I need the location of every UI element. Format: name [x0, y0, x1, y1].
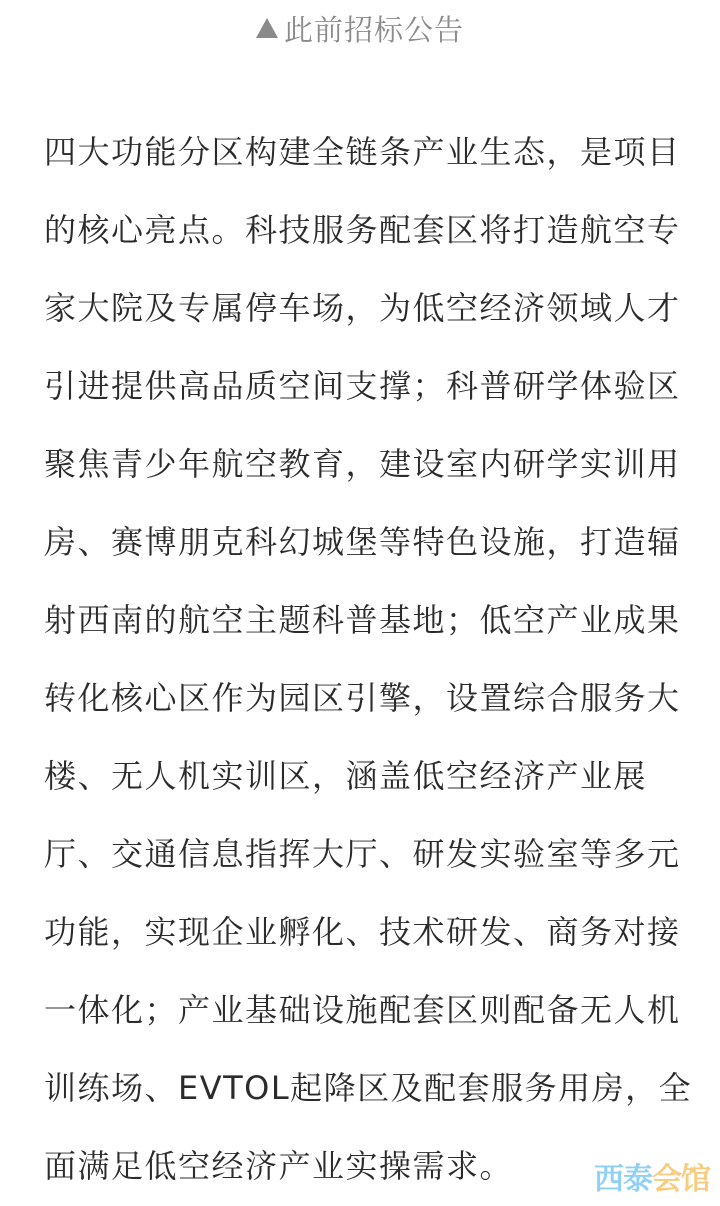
paragraph-line: 楼、无人机实训区，涵盖低空经济产业展 [44, 746, 684, 824]
paragraph-line: 房、赛博朋克科幻城堡等特色设施，打造辐 [44, 512, 684, 590]
paragraph-line: 功能，实现企业孵化、技术研发、商务对接 [44, 902, 684, 980]
paragraph-line: 面满足低空经济产业实操需求。 [44, 1136, 684, 1206]
article-body: 四大功能分区构建全链条产业生态，是项目 的核心亮点。科技服务配套区将打造航空专 … [44, 122, 684, 1206]
watermark-part-1: 西泰 [594, 1162, 652, 1197]
paragraph-line: 射西南的航空主题科普基地；低空产业成果 [44, 590, 684, 668]
watermark-logo: 西泰会馆 [594, 1160, 710, 1200]
paragraph-line: 聚焦青少年航空教育，建设室内研学实训用 [44, 434, 684, 512]
paragraph-line: 家大院及专属停车场，为低空经济领域人才 [44, 278, 684, 356]
paragraph-line: 厅、交通信息指挥大厅、研发实验室等多元 [44, 824, 684, 902]
header-label: 此前招标公告 [284, 13, 464, 47]
paragraph-line: 四大功能分区构建全链条产业生态，是项目 [44, 122, 684, 200]
paragraph-line: 的核心亮点。科技服务配套区将打造航空专 [44, 200, 684, 278]
paragraph-line: 训练场、EVTOL起降区及配套服务用房，全 [44, 1058, 684, 1136]
paragraph-line: 引进提供高品质空间支撑；科普研学体验区 [44, 356, 684, 434]
paragraph-line: 转化核心区作为园区引擎，设置综合服务大 [44, 668, 684, 746]
triangle-up-icon [256, 18, 278, 38]
previous-tender-announcement-link[interactable]: 此前招标公告 [0, 8, 720, 52]
watermark-part-2: 会馆 [652, 1162, 710, 1197]
paragraph-line: 一体化；产业基础设施配套区则配备无人机 [44, 980, 684, 1058]
